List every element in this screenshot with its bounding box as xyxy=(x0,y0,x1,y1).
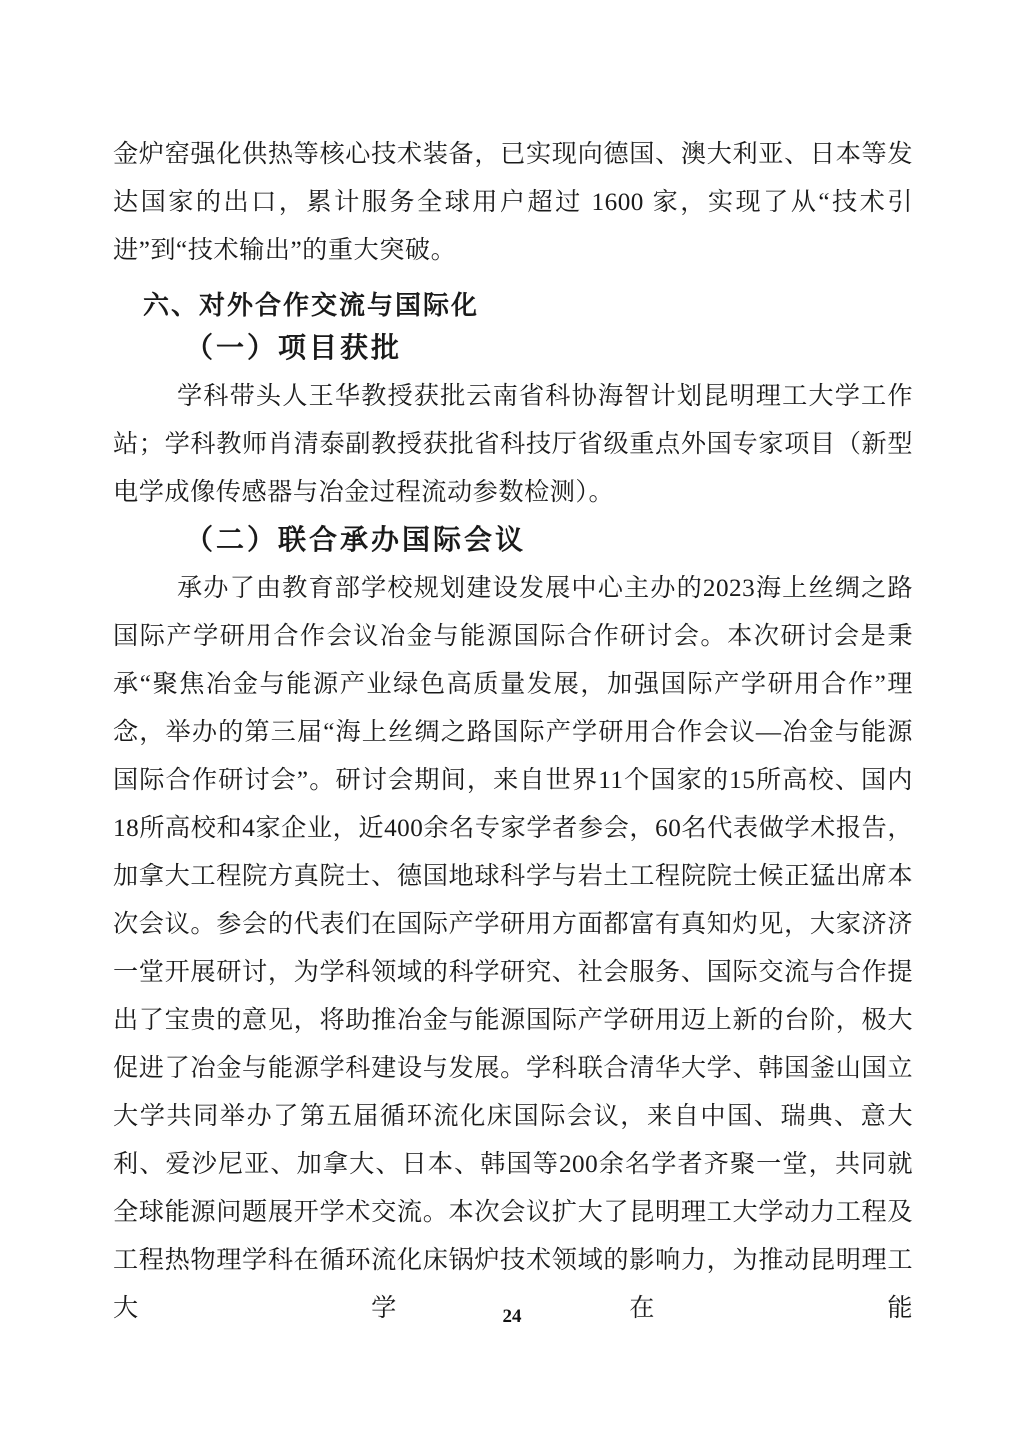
paragraph-project-approval: 学科带头人王华教授获批云南省科协海智计划昆明理工大学工作站；学科教师肖清泰副教授… xyxy=(113,373,913,517)
paragraph-international-conference: 承办了由教育部学校规划建设发展中心主办的2023海上丝绸之路国际产学研用合作会议… xyxy=(113,565,913,1333)
subsection-heading-project-approval: （一）项目获批 xyxy=(185,327,913,371)
page-number: 24 xyxy=(503,1306,522,1327)
paragraph-continuation: 金炉窑强化供热等核心技术装备，已实现向德国、澳大利亚、日本等发达国家的出口，累计… xyxy=(113,131,913,275)
document-page: 金炉窑强化供热等核心技术装备，已实现向德国、澳大利亚、日本等发达国家的出口，累计… xyxy=(0,0,1024,1447)
subsection-heading-international-conference: （二）联合承办国际会议 xyxy=(185,519,913,563)
section-heading: 六、对外合作交流与国际化 xyxy=(143,287,913,325)
page-footer: 24 xyxy=(0,1306,1024,1328)
